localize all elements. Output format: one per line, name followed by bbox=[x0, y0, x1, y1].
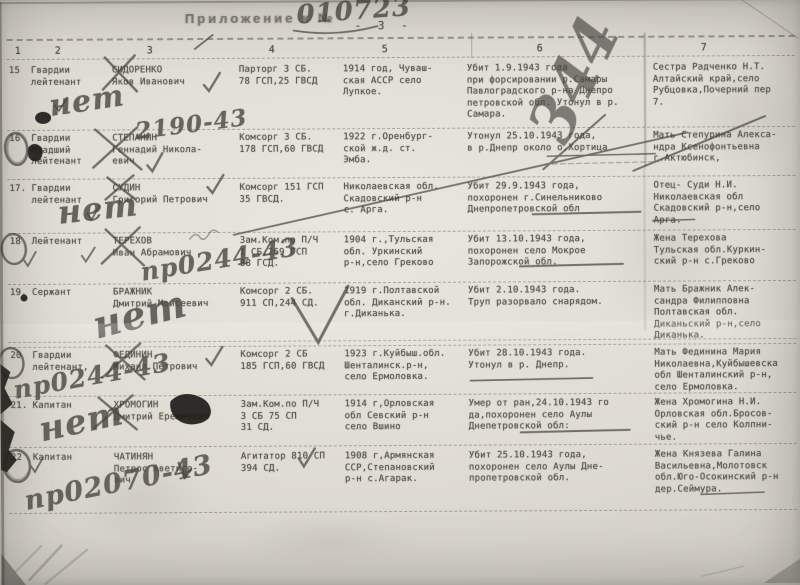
underline-utonul bbox=[470, 378, 592, 381]
page-number: - 3 - bbox=[355, 19, 413, 32]
row-number-cell: 22 bbox=[11, 453, 35, 465]
kin-cell: Сестра Радченко Н.Т. Алтайский край,село… bbox=[653, 62, 797, 109]
birth-cell: 1919 г.Полтавской обл. Диканский р-н. г.… bbox=[344, 286, 466, 321]
position-cell: Агитатор 810 СП 394 СД. bbox=[241, 451, 345, 475]
corner-streak bbox=[15, 546, 41, 572]
kin-cell: Жена Терехова Тульская обл.Куркин- ский … bbox=[654, 233, 798, 268]
kin-cell: Мать Бражник Алек- сандра Филипповна Пол… bbox=[654, 284, 798, 342]
table-row: 16 Гвардии Младший лейтенант СТЕПАНИН Ге… bbox=[0, 130, 799, 134]
column-number-2: 2 bbox=[55, 46, 61, 57]
birth-cell: 1914 год, Чуваш- ская АССР село Лупкое. bbox=[343, 64, 465, 99]
separator-line bbox=[9, 443, 797, 448]
name-cell: ХРОМОГИН Дмитрий Еремеевич bbox=[114, 400, 242, 424]
position-cell: Зам.Ком.по П/Ч 3 СБ 75 СП 31 СД. bbox=[241, 399, 345, 434]
column-number-3: 3 bbox=[147, 45, 153, 56]
ink-blot bbox=[35, 112, 51, 124]
table-row: 17. Гвардии лейтенант СУДИН Григорий Пет… bbox=[0, 180, 799, 184]
death-cell: Убит 28.10.1943 года. Утонул в р. Днепр. bbox=[468, 348, 656, 372]
birth-cell: Николаевская обл. Скадовский р-н с. Арга… bbox=[343, 182, 465, 217]
position-cell: Комсорг 3 СБ. 178 ГСП,60 ГВСД bbox=[239, 132, 343, 156]
birth-cell: 1908 г,Армянская ССР,Степановский р-н с.… bbox=[345, 451, 467, 486]
column-number-5: 5 bbox=[382, 44, 388, 55]
kin-cell: Жена Хромогина Н.И. Орловская обл.Бросов… bbox=[655, 397, 799, 444]
birth-cell: 1914 г,Орловская обл Севский р-н село Вш… bbox=[345, 399, 467, 434]
handwritten-note-row17: нет bbox=[56, 185, 140, 232]
separator-line bbox=[7, 35, 795, 41]
row-number-cell: 20 bbox=[10, 351, 34, 363]
birth-cell: 1923 г.Куйбыш.обл. Шенталинск.р-н, село … bbox=[344, 349, 466, 384]
corner-streak bbox=[701, 566, 743, 576]
separator-line bbox=[9, 509, 797, 514]
death-cell: Убит 29.9.1943 года, похоронен г.Синельн… bbox=[467, 181, 655, 216]
table-row: 18 Лейтенант ТЕРЕХОВ Иван Абрамович Зам.… bbox=[0, 233, 800, 237]
column-number-1: 1 bbox=[15, 46, 21, 57]
position-cell: Комсорг 2 СБ 185 ГСП,60 ГВСД bbox=[240, 349, 344, 373]
death-cell: Убит 1.9.1943 года при форсировании р.Са… bbox=[467, 63, 655, 121]
row-number-cell: 18 bbox=[10, 237, 34, 249]
kin-cell: Мать Степурина Алекса- ндра Ксенофонтьев… bbox=[653, 130, 797, 165]
separator-line bbox=[7, 55, 795, 60]
death-cell: Утонул 25.10.1943 года, в р.Днепр около … bbox=[467, 131, 655, 155]
column-number-7: 7 bbox=[701, 42, 707, 53]
table-row: 20 Гвардии лейтенант, ФЕДИНИН Михаил Пет… bbox=[0, 347, 800, 351]
table-row: 22 Капитан ЧАТИНЯН Петрос Аветисо- вич А… bbox=[1, 449, 800, 453]
death-cell: Умер от ран,24.10.1943 го да,похоронен с… bbox=[469, 398, 657, 433]
scanned-document-page: Приложение к № 010723 - 3 - 1 2 3 4 5 6 … bbox=[0, 0, 800, 585]
birth-cell: 1904 г.,Тульская обл. Уркинский р-н,село… bbox=[344, 235, 466, 270]
rank-cell: Лейтенант bbox=[32, 236, 114, 248]
row-number-cell: 19. bbox=[10, 288, 34, 300]
name-cell: СИДОРЕНКО Яков Иванович bbox=[112, 65, 240, 89]
row-number-cell: 15 bbox=[9, 66, 33, 78]
death-cell: Убит 13.10.1943 года, похоронен село Мок… bbox=[468, 234, 656, 269]
corner-shadow bbox=[1, 554, 27, 585]
kin-cell: Отец- Суди Н.И. Николаевская обл Скадовс… bbox=[653, 180, 797, 227]
crease-line bbox=[742, 0, 797, 38]
row-number-cell: 16 bbox=[9, 134, 33, 146]
corner-shadow bbox=[763, 558, 800, 583]
birth-cell: 1922 г.Оренбург- ской ж.д. ст. Эмба. bbox=[343, 132, 465, 167]
kin-cell: Мать Фединина Мария Николаевна,Куйбышевс… bbox=[654, 347, 798, 394]
table-row: 19. Сержант БРАЖНИК Дмитрий Моисеевич Ко… bbox=[0, 284, 800, 288]
scan-edge bbox=[0, 2, 5, 585]
rank-cell: Гвардии Младший лейтенант bbox=[31, 133, 113, 168]
position-cell: Парторг 3 СБ. 78 ГСП,25 ГВСД bbox=[239, 64, 343, 88]
column-number-4: 4 bbox=[269, 45, 275, 56]
kin-cell: Жена Князева Галина Васильевна,Молотовск… bbox=[655, 449, 799, 496]
corner-streak bbox=[45, 550, 87, 584]
row-number-cell: 17. bbox=[9, 184, 33, 196]
check-mark-row18-left bbox=[82, 248, 95, 262]
check-mark-row18-margin bbox=[24, 252, 36, 266]
death-cell: Убит 2.10.1943 года. Труп разорвало снар… bbox=[468, 285, 656, 309]
death-cell: Убит 25.10.1943 года, похоронен село Аул… bbox=[469, 450, 657, 485]
column-number-6: 6 bbox=[537, 43, 543, 54]
position-cell: Комсорг 2 СБ. 911 СП,244 СД. bbox=[240, 286, 344, 310]
rank-cell: Сержант bbox=[32, 287, 114, 299]
table-row: 15 Гвардии лейтенант СИДОРЕНКО Яков Иван… bbox=[0, 62, 799, 66]
separator-line bbox=[7, 175, 795, 180]
underline-dashes bbox=[544, 162, 659, 165]
document-sheet: Приложение к № 010723 - 3 - 1 2 3 4 5 6 … bbox=[0, 0, 800, 585]
corner-streak bbox=[29, 546, 61, 580]
rank-cell: Капитан bbox=[33, 452, 115, 464]
position-cell: Комсорг 151 ГСП 35 ГВСД. bbox=[239, 182, 343, 206]
